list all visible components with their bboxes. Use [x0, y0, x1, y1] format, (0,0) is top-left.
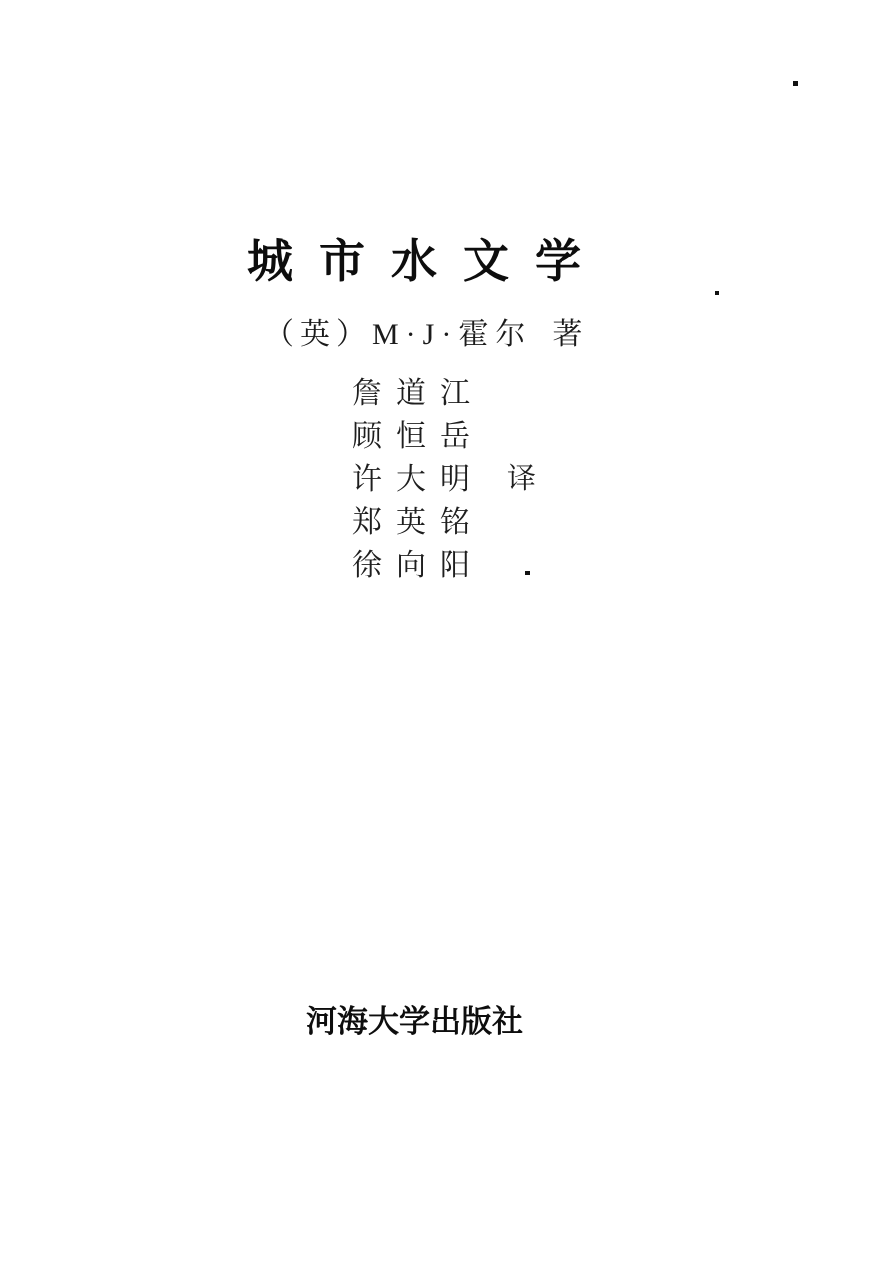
translator-name: 郑英铭 [352, 501, 612, 544]
translator-role-label: 译 [507, 464, 536, 494]
translator-name: 顾恒岳 [352, 415, 612, 458]
scan-speck [525, 571, 530, 575]
book-title: 城市水文学 [247, 236, 607, 288]
translator-name: 詹道江 [352, 372, 612, 415]
translator-name: 徐向阳 [352, 544, 612, 587]
translator-name: 许大明 [352, 458, 612, 501]
author-origin: （英） [264, 318, 372, 351]
scan-speck [793, 81, 798, 86]
author-name: M·J·霍尔 [372, 318, 532, 351]
translator-list: 詹道江 顾恒岳 许大明 郑英铭 徐向阳 译 [352, 372, 612, 587]
author-byline: （英）M·J·霍尔著 [264, 318, 582, 352]
publisher-name: 河海大学出版社 [306, 1002, 523, 1042]
scan-speck [715, 291, 719, 295]
author-role: 著 [552, 318, 582, 351]
book-title-page: 城市水文学 （英）M·J·霍尔著 詹道江 顾恒岳 许大明 郑英铭 徐向阳 译 河… [0, 0, 881, 1284]
